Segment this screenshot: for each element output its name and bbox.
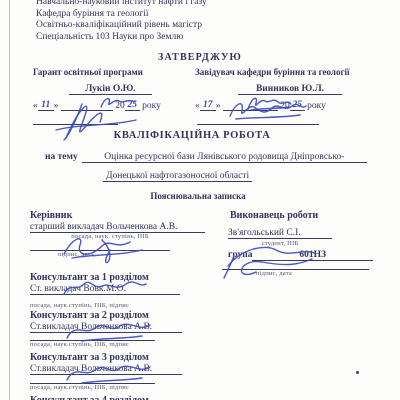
approval-left-role: Гарант освітньої програми <box>33 67 188 77</box>
consultant-2-caption: посада, наук.ступінь, ПІБ, підпис <box>30 341 182 348</box>
institute-line: Навчально-науковий інститут нафти і газу <box>36 0 207 9</box>
executor-caption: студент, ПІБ <box>228 240 332 247</box>
group-label: група <box>228 250 252 261</box>
work-heading: КВАЛІФІКАЦІЙНА РОБОТА <box>0 130 384 141</box>
qualification-work-title-page: Навчально-науковий інститут нафти і газу… <box>0 0 400 400</box>
consultant-1-block: Консультант за 1 розділом Ст. викладач В… <box>30 272 180 309</box>
executor-block: Виконавець роботи Зв'ягольський С.І. сту… <box>228 210 376 277</box>
year-suffix: року <box>307 101 326 111</box>
handwritten-day: 17 <box>203 100 213 110</box>
degree-line: Освітньо-кваліфікаційний рівень магістр <box>36 20 207 32</box>
theme-label: на тему <box>45 152 78 163</box>
approval-right-role: Завідувач кафедри буріння та геології <box>195 67 385 77</box>
specialty-line: Спеціальність 103 Науки про Землю <box>36 32 207 44</box>
consultant-1-label: Консультант за 1 розділом <box>30 272 180 283</box>
handwritten-year: 25 <box>128 100 138 110</box>
executor-label: Виконавець роботи <box>230 210 376 221</box>
handwritten-year: 25 <box>293 100 303 110</box>
supervisor-caption: посада, наук. ступінь, ПІБ <box>30 233 190 240</box>
approval-left-block: Гарант освітньої програми Лукін О.Ю. «11… <box>33 67 188 125</box>
supervisor-sign-caption: підпис, дата, <box>58 251 205 258</box>
approval-right-block: Завідувач кафедри буріння та геології Ви… <box>195 67 385 125</box>
supervisor-block: Керівник старший викладач Вольченкова А.… <box>30 210 205 258</box>
theme-row: на тему Оцінка ресурсної бази Лянівськог… <box>45 152 367 163</box>
supervisor-name: старший викладач Вольченкова А.В. <box>30 222 205 233</box>
year-prefix: 20 <box>115 101 125 111</box>
consultant-4-label: Консультант за 4 розділом <box>30 395 149 400</box>
department-line: Кафедра буріння та геології <box>36 9 207 21</box>
year-prefix: 20 <box>280 101 290 111</box>
year-suffix: року <box>142 101 161 111</box>
consultant-3-block: Консультант за 3 розділом Ст.викладач Во… <box>30 352 182 391</box>
approval-right-date: «17» 2025 року <box>195 100 385 111</box>
consultant-2-block: Консультант за 2 розділом Ст.викладач Во… <box>30 310 182 348</box>
consultant-3-caption: посада, наук.ступінь, ПІБ, підпис <box>30 384 182 391</box>
approval-right-name: Винников Ю.Л. <box>238 84 342 95</box>
group-row: група 601НЗ <box>228 250 373 261</box>
supervisor-label: Керівник <box>30 210 205 221</box>
handwritten-day: 11 <box>41 100 50 110</box>
theme-line-1: Оцінка ресурсної бази Лянівського родови… <box>82 152 367 163</box>
consultant-2-label: Консультант за 2 розділом <box>30 310 182 321</box>
group-value: 601НЗ <box>252 250 373 261</box>
approve-heading: ЗАТВЕРДЖУЮ <box>0 52 400 63</box>
note-subtitle: Пояснювальна записка <box>0 191 396 201</box>
theme-line-2: Донецької нафтогазоносної області <box>103 171 252 182</box>
approval-left-date: «11» 2025 року <box>33 100 188 111</box>
consultant-1-caption: посада, наук.ступінь, ПІБ, підпис <box>30 302 180 309</box>
consultant-3-label: Консультант за 3 розділом <box>30 352 182 363</box>
quote-close: » <box>216 101 221 111</box>
consultant-2-name: Ст.викладач Вольченкова А.В. <box>30 322 182 333</box>
approval-left-name: Лукін О.Ю. <box>69 84 151 95</box>
consultant-3-name: Ст.викладач Вольченкова А.В. <box>30 364 182 375</box>
institution-header: Навчально-науковий інститут нафти і газу… <box>36 0 207 43</box>
signature-line <box>33 124 118 125</box>
executor-name: Зв'ягольський С.І. <box>228 228 332 239</box>
scan-artifact-dot <box>356 371 359 374</box>
executor-sign-caption: підпис, дата <box>256 270 376 277</box>
consultant-1-name: Ст. викладач Вовк.М.О. <box>30 284 180 295</box>
quote-close: » <box>54 101 59 111</box>
signature-line <box>197 124 319 125</box>
